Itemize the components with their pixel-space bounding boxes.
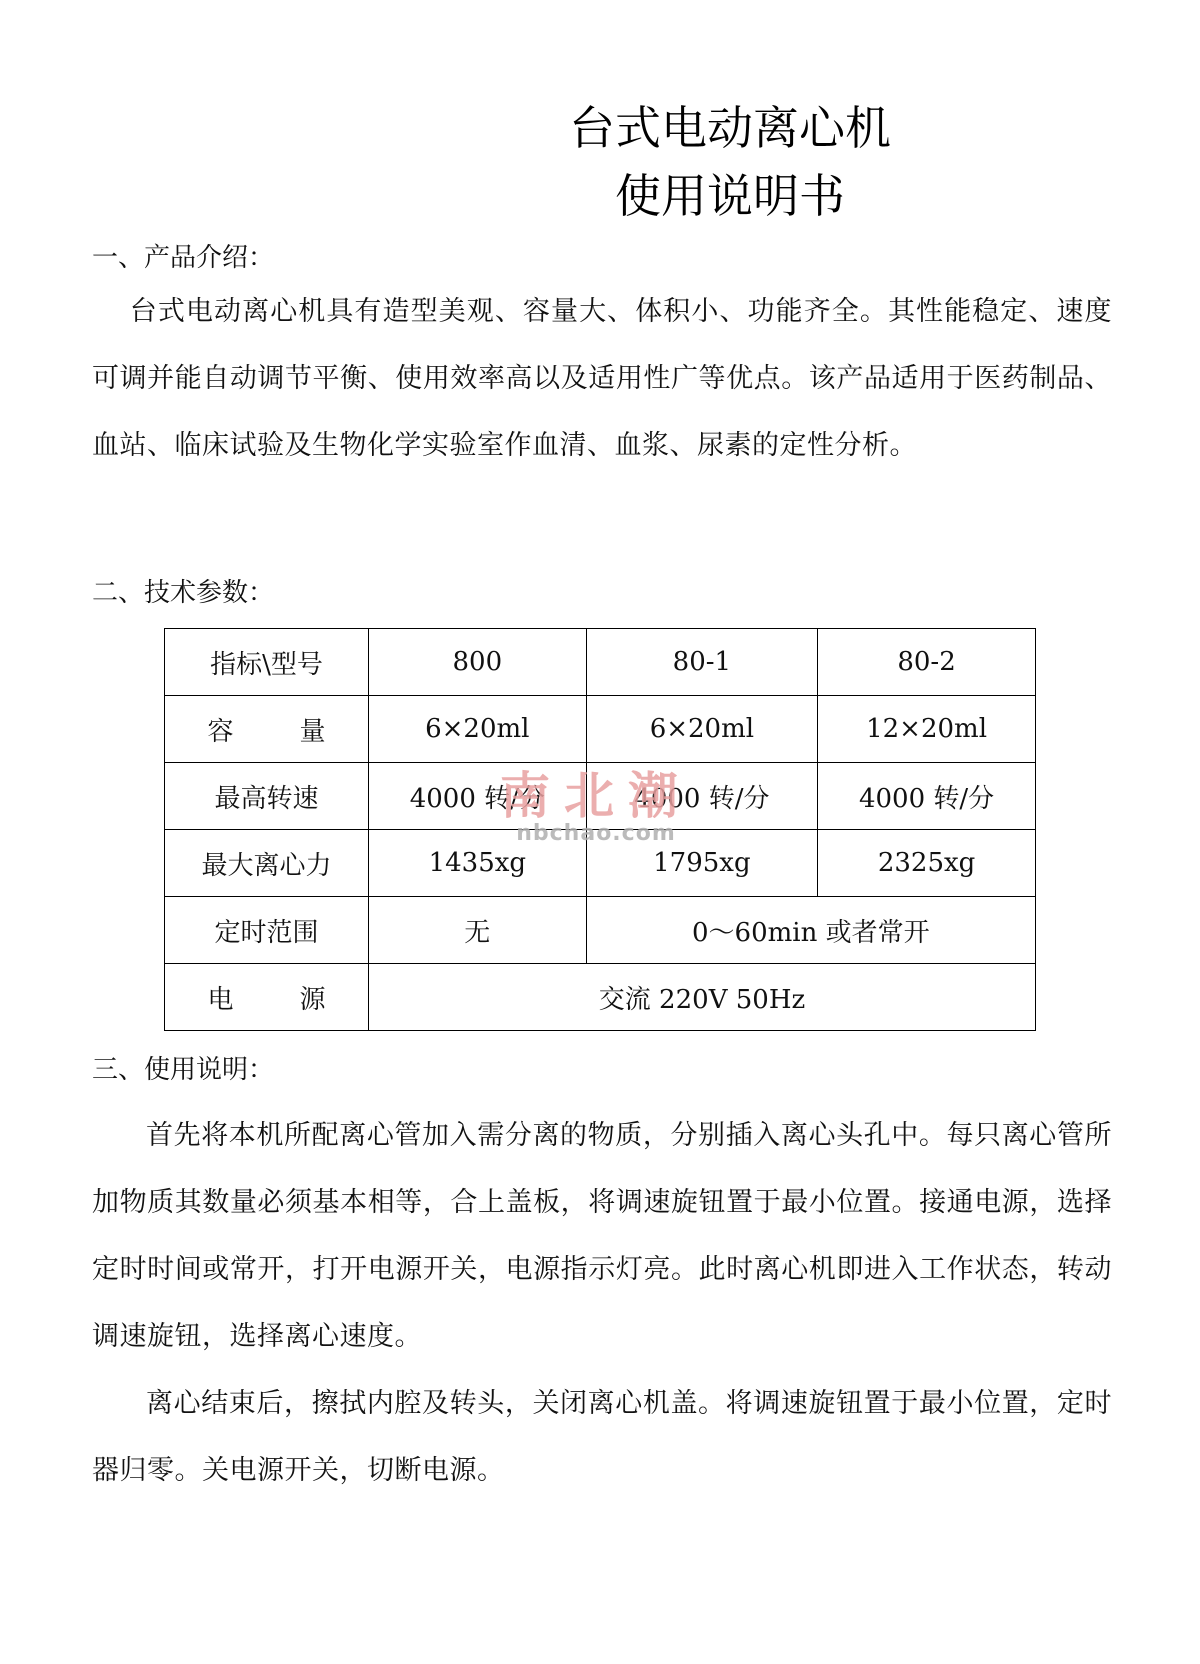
table-cell: 6×20ml [368,696,586,763]
table-row-timer-range: 定时范围 无 0～60min 或者常开 [165,897,1036,964]
table-cell: 4000 转/分 [586,763,817,830]
spec-table: 指标\型号 800 80-1 80-2 容 量 6×20ml 6×20ml 12… [164,628,1036,1031]
row-label: 定时范围 [165,897,369,964]
table-row-capacity: 容 量 6×20ml 6×20ml 12×20ml [165,696,1036,763]
section-heading-usage: 三、使用说明： [92,1052,274,1088]
row-label: 最大离心力 [165,830,369,897]
usage-paragraph-1: 首先将本机所配离心管加入需分离的物质，分别插入离心头孔中。每只离心管所加物质其数… [92,1102,1112,1370]
section-heading-specs: 二、技术参数： [92,575,274,611]
table-header-row: 指标\型号 800 80-1 80-2 [165,629,1036,696]
row-label-spread: 容 量 [207,711,325,748]
table-cell-merged: 0～60min 或者常开 [586,897,1035,964]
table-cell: 4000 转/分 [368,763,586,830]
table-cell: 4000 转/分 [818,763,1036,830]
usage-paragraph-2: 离心结束后，擦拭内腔及转头，关闭离心机盖。将调速旋钮置于最小位置，定时器归零。关… [92,1370,1112,1504]
table-header-cell: 80-1 [586,629,817,696]
row-label: 最高转速 [165,763,369,830]
table-header-cell: 80-2 [818,629,1036,696]
table-cell: 2325xg [818,830,1036,897]
table-cell: 6×20ml [586,696,817,763]
table-cell: 12×20ml [818,696,1036,763]
row-label-spread: 电 源 [207,979,325,1016]
table-row-max-force: 最大离心力 1435xg 1795xg 2325xg [165,830,1036,897]
row-label: 电 源 [165,964,369,1031]
row-label: 容 量 [165,696,369,763]
table-cell-merged: 交流 220V 50Hz [368,964,1035,1031]
row-label-part: 电 [207,979,233,1016]
section-heading-intro: 一、产品介绍： [92,240,274,276]
intro-paragraph: 台式电动离心机具有造型美观、容量大、体积小、功能齐全。其性能稳定、速度可调并能自… [92,278,1112,479]
row-label-part: 容 [207,711,233,748]
row-label-part: 源 [299,979,325,1016]
table-row-max-speed: 最高转速 4000 转/分 4000 转/分 4000 转/分 [165,763,1036,830]
row-label-part: 量 [299,711,325,748]
table-header-cell: 800 [368,629,586,696]
table-row-power: 电 源 交流 220V 50Hz [165,964,1036,1031]
table-cell: 1435xg [368,830,586,897]
table-header-cell: 指标\型号 [165,629,369,696]
title-line-2: 使用说明书 [0,166,1200,226]
table-cell: 1795xg [586,830,817,897]
title-line-1: 台式电动离心机 [0,98,1200,158]
table-cell: 无 [368,897,586,964]
